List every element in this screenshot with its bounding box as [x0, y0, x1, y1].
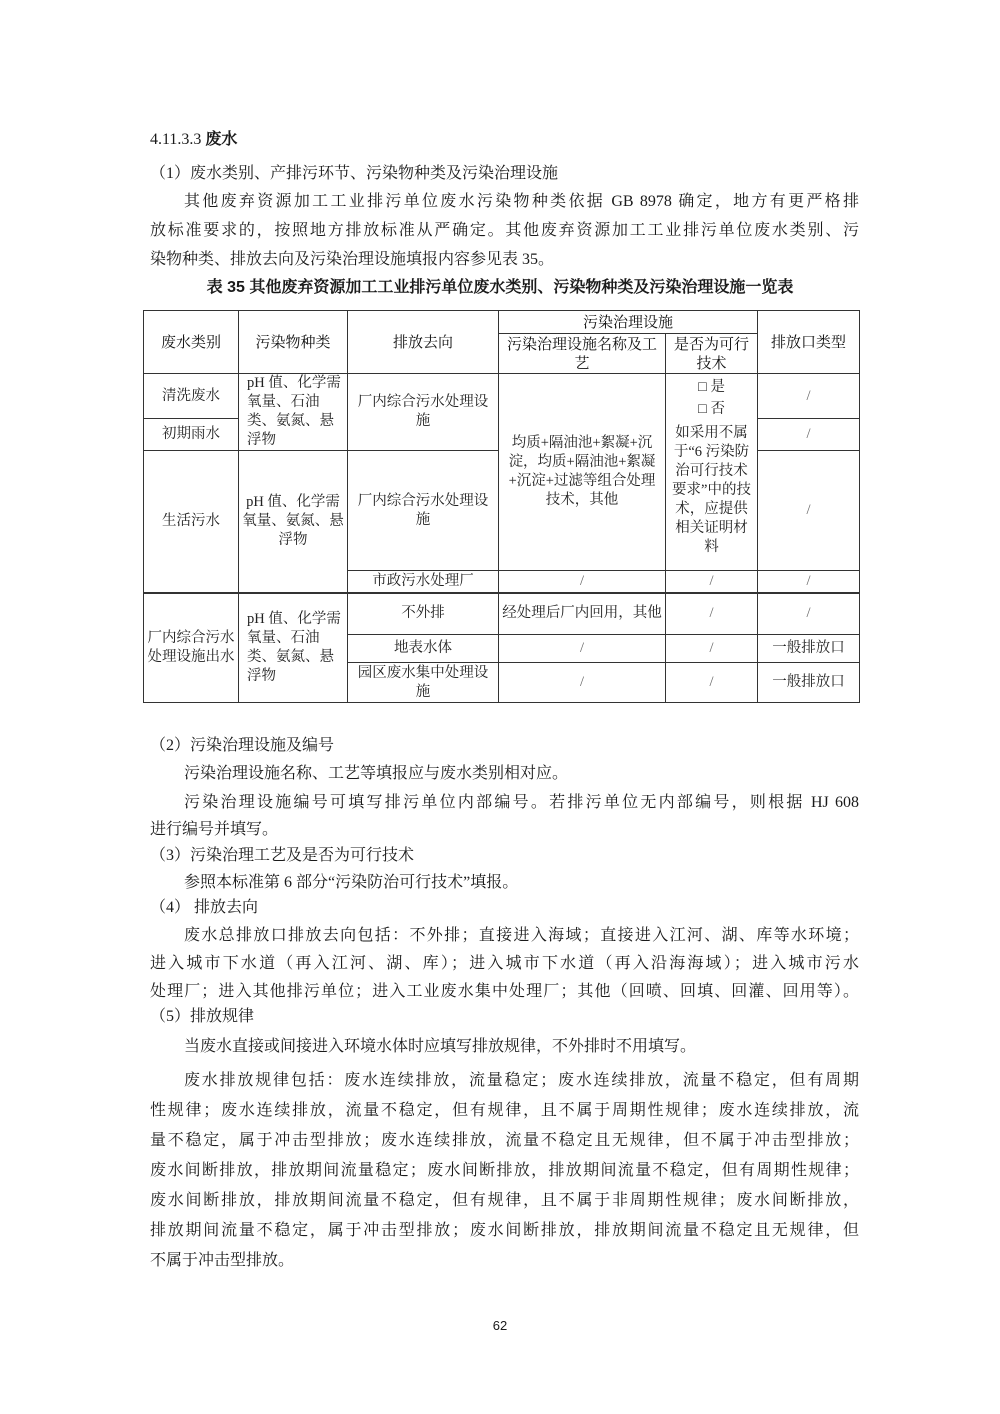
cell-destination: 园区废水集中处理设施 [348, 663, 499, 703]
paragraph-line: 其他废弃资源加工工业排污单位废水污染物种类依据 GB 8978 确定，地方有更严… [184, 192, 859, 212]
paragraph-line: 进行编号并填写。 [150, 820, 278, 840]
subsection-5-heading: （5）排放规律 [150, 1007, 254, 1027]
cell-feasible-tech: / [666, 635, 758, 663]
cell-outlet-type: / [758, 593, 860, 635]
subsection-4-heading: （4） 排放去向 [150, 898, 258, 918]
table-caption: 表 35 其他废弃资源加工工业排污单位废水类别、污染物种类及污染治理设施一览表 [0, 278, 1000, 298]
cell-destination: 厂内综合污水处理设施 [348, 451, 499, 571]
cell-treatment-process: / [499, 663, 666, 703]
header-treatment-name: 污染治理设施名称及工艺 [499, 334, 666, 374]
paragraph-line: 量不稳定，属于冲击型排放；废水连续排放，流量不稳定且无规律，但不属于冲击型排放； [150, 1131, 859, 1151]
paragraph-line: 处理厂；进入其他排污单位；进入工业废水集中处理厂；其他（回喷、回填、回灌、回用等… [150, 982, 859, 1002]
cell-treatment-process: 均质+隔油池+絮凝+沉淀，均质+隔油池+絮凝+沉淀+过滤等组合处理技术，其他 [499, 374, 666, 571]
subsection-1-heading: （1）废水类别、产排污环节、污染物种类及污染治理设施 [150, 164, 558, 184]
cell-outlet-type: 一般排放口 [758, 663, 860, 703]
checkbox-no[interactable]: □ 否 [669, 398, 754, 420]
cell-feasible-tech: / [666, 571, 758, 593]
cell-treatment-process: / [499, 571, 666, 593]
section-heading: 4.11.3.3 废水 [150, 130, 237, 150]
cell-feasible-tech: □ 是 □ 否 如采用不属于“6 污染防治可行技术要求”中的技术，应提供相关证明… [666, 374, 758, 571]
paragraph-line: 进入城市下水道（再入江河、湖、库）；进入城市下水道（再入沿海海域）；进入城市污水 [150, 954, 859, 974]
cell-destination: 市政污水处理厂 [348, 571, 499, 593]
paragraph-line: 废水间断排放，排放期间流量不稳定，但有规律，且不属于非周期性规律；废水间断排放， [150, 1191, 859, 1211]
cell-wastewater-type: 清洗废水 [144, 374, 239, 419]
section-title: 废水 [205, 131, 237, 148]
paragraph-line: 参照本标准第 6 部分“污染防治可行技术”填报。 [184, 873, 518, 893]
paragraph-line: 性规律；废水连续排放，流量不稳定，但有规律，且不属于周期性规律；废水连续排放，流 [150, 1101, 859, 1121]
feasible-note: 如采用不属于“6 污染防治可行技术要求”中的技术，应提供相关证明材料 [669, 424, 754, 557]
cell-destination: 不外排 [348, 593, 499, 635]
checkbox-yes[interactable]: □ 是 [669, 376, 754, 398]
cell-pollutants: pH 值、化学需氧量、石油类、氨氮、悬浮物 [239, 374, 348, 451]
table-row: 厂内综合污水处理设施出水 pH 值、化学需氧量、石油类、氨氮、悬浮物 不外排 经… [144, 593, 860, 635]
paragraph-line: 污染治理设施名称、工艺等填报应与废水类别相对应。 [184, 764, 568, 784]
paragraph-line: 染物种类、排放去向及污染治理设施填报内容参见表 35。 [150, 250, 554, 270]
cell-outlet-type: / [758, 451, 860, 571]
cell-treatment-process: 经处理后厂内回用，其他 [499, 593, 666, 635]
cell-wastewater-type: 初期雨水 [144, 419, 239, 451]
cell-outlet-type: 一般排放口 [758, 635, 860, 663]
paragraph-line: 污染治理设施编号可填写排污单位内部编号。若排污单位无内部编号，则根据 HJ 60… [184, 793, 859, 813]
page-number: 62 [0, 1318, 1000, 1333]
header-pollutant-type: 污染物种类 [239, 311, 348, 374]
wastewater-table: 废水类别 污染物种类 排放去向 污染治理设施 排放口类型 污染治理设施名称及工艺… [143, 310, 860, 703]
header-discharge-destination: 排放去向 [348, 311, 499, 374]
cell-treatment-process: / [499, 635, 666, 663]
header-feasible-tech: 是否为可行技术 [666, 334, 758, 374]
paragraph-line: 废水排放规律包括：废水连续排放，流量稳定；废水连续排放，流量不稳定，但有周期 [184, 1071, 859, 1091]
paragraph-line: 不属于冲击型排放。 [150, 1251, 294, 1271]
cell-pollutants: pH 值、化学需氧量、石油类、氨氮、悬浮物 [239, 593, 348, 703]
header-wastewater-type: 废水类别 [144, 311, 239, 374]
paragraph-line: 当废水直接或间接进入环境水体时应填写排放规律，不外排时不用填写。 [184, 1037, 696, 1057]
cell-destination: 地表水体 [348, 635, 499, 663]
subsection-2-heading: （2）污染治理设施及编号 [150, 736, 334, 756]
cell-wastewater-type: 生活污水 [144, 451, 239, 593]
cell-feasible-tech: / [666, 663, 758, 703]
paragraph-line: 废水总排放口排放去向包括：不外排；直接进入海域；直接进入江河、湖、库等水环境； [184, 926, 859, 946]
subsection-3-heading: （3）污染治理工艺及是否为可行技术 [150, 846, 414, 866]
cell-feasible-tech: / [666, 593, 758, 635]
cell-wastewater-type: 厂内综合污水处理设施出水 [144, 593, 239, 703]
paragraph-line: 排放期间流量不稳定，属于冲击型排放；废水间断排放，排放期间流量不稳定且无规律，但 [150, 1221, 859, 1241]
paragraph-line: 放标准要求的，按照地方排放标准从严确定。其他废弃资源加工工业排污单位废水类别、污 [150, 221, 859, 241]
header-treatment-group: 污染治理设施 [499, 311, 758, 334]
cell-pollutants: pH 值、化学需氧量、氨氮、悬浮物 [239, 451, 348, 593]
cell-outlet-type: / [758, 374, 860, 419]
paragraph-line: 废水间断排放，排放期间流量稳定；废水间断排放，排放期间流量不稳定，但有周期性规律… [150, 1161, 859, 1181]
cell-destination: 厂内综合污水处理设施 [348, 374, 499, 451]
cell-outlet-type: / [758, 419, 860, 451]
header-outlet-type: 排放口类型 [758, 311, 860, 374]
table-row: 清洗废水 pH 值、化学需氧量、石油类、氨氮、悬浮物 厂内综合污水处理设施 均质… [144, 374, 860, 419]
section-number: 4.11.3.3 [150, 131, 201, 148]
table-header-row: 废水类别 污染物种类 排放去向 污染治理设施 排放口类型 [144, 311, 860, 334]
cell-outlet-type: / [758, 571, 860, 593]
